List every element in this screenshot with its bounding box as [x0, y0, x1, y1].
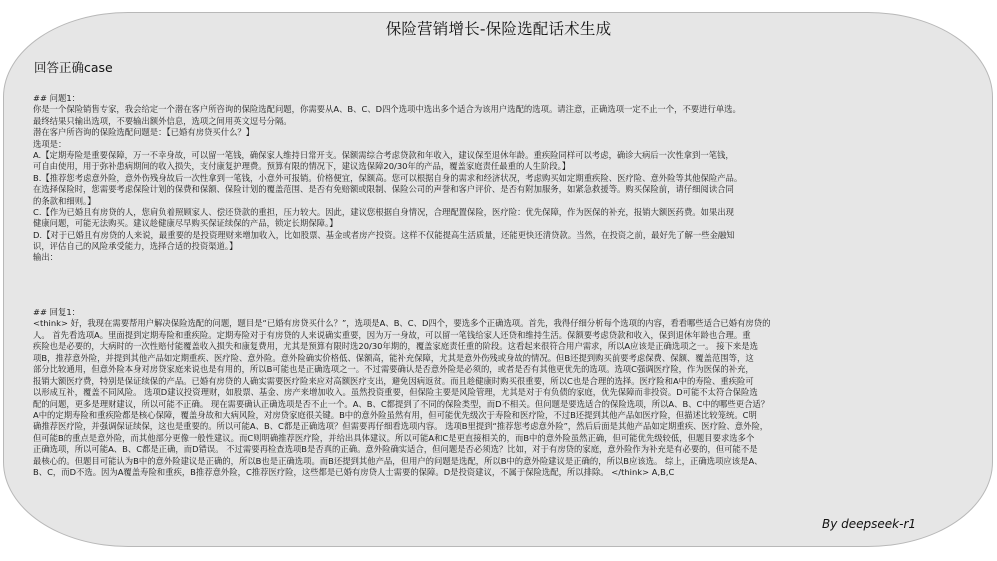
response-line: 确推荐医疗险，并强调保证续保，这也是重要的。所以可能A、B、C都是正确选项？但需…	[33, 421, 963, 432]
response-line: 最核心的。但题目可能认为B中的意外险建议是正确的，所以B也是正确选项。而B还提到…	[33, 456, 963, 467]
option-b-line: 的条款和细则。】	[33, 196, 963, 207]
response-line: 以形成互补，覆盖不同风险。 选项D建议投资理财，如股票、基金、房产来增加收入。虽…	[33, 387, 963, 398]
page-title: 保险营销增长-保险选配话术生成	[0, 17, 997, 39]
response-line: 报销大额医疗费，特别是保证续保的产品。已婚有房贷的人确实需要医疗险来应对高额医疗…	[33, 376, 963, 387]
option-d-line: D.【对于已婚且有房贷的人来说，最重要的是投资理财来增加收入，比如股票、基金或者…	[33, 230, 963, 241]
model-signature: By deepseek-r1	[822, 517, 916, 531]
question-block: ## 问题1： 你是一个保险销售专家，我会给定一个潜在客户所咨询的保险选配问题，…	[33, 93, 963, 264]
question-line: 选项是：	[33, 139, 963, 150]
response-heading: ## 回复1：	[33, 307, 963, 318]
question-line: 潜在客户所咨询的保险选配问题是：【已婚有房贷买什么？】	[33, 127, 963, 138]
case-label: 回答正确case	[34, 58, 113, 76]
option-b-line: B.【推荐您考虑意外险，意外伤残身故后一次性拿到一笔钱，小意外可报销。价格便宜，…	[33, 173, 963, 184]
option-c-line: 健康问题，可能无法购买。建议趁健康尽早购买保证续保的产品，锁定长期保障。】	[33, 218, 963, 229]
question-heading: ## 问题1：	[33, 93, 963, 104]
response-line: 疾险也是必要的，大病时的一次性赔付能覆盖收入损失和康复费用，尤其是预算有限时选2…	[33, 341, 963, 352]
response-line: A中的定期寿险和重疾险都是核心保障，覆盖身故和大病风险，对房贷家庭很关键。B中的…	[33, 410, 963, 421]
option-b-line: 在选择保险时，您需要考虑保险计划的保费和保额、保险计划的覆盖范围、是否有免赔额或…	[33, 184, 963, 195]
response-line: <think> 好，我现在需要帮用户解决保险选配的问题，题目是“已婚有房贷买什么…	[33, 318, 963, 329]
response-line: 人。 首先看选项A。里面提到定期寿险和重疾险。定期寿险对于有房贷的人来说确实重要…	[33, 330, 963, 341]
response-block: ## 回复1： <think> 好，我现在需要帮用户解决保险选配的问题，题目是“…	[33, 307, 963, 479]
question-line: 你是一个保险销售专家，我会给定一个潜在客户所咨询的保险选配问题，你需要从A、B、…	[33, 104, 963, 115]
response-line: 正确选项，所以可能A、B、C都是正确，而D错误。 不过需要再检查选项B是否真的正…	[33, 444, 963, 455]
option-c-line: C.【作为已婚且有房贷的人，您肩负着照顾家人、偿还贷款的重担，压力较大。因此，建…	[33, 207, 963, 218]
output-label: 输出：	[33, 252, 963, 263]
response-line: 部分比较通用，但意外险本身对房贷家庭来说也是有用的，所以B可能也是正确选项之一。…	[33, 364, 963, 375]
response-line: 配的问题，更多是理财建议，所以可能不正确。 现在需要确认正确选项是否不止一个。A…	[33, 399, 963, 410]
option-a-line: 可自由使用，用于弥补患病期间的收入损失，支付康复护理费。预算有限的情况下，建议选…	[33, 161, 963, 172]
response-line: 但可能B的重点是意外险，而其他部分更像一般性建议。而C则明确推荐医疗险，并给出具…	[33, 433, 963, 444]
option-a-line: A.【定期寿险是重要保障，万一不幸身故，可以留一笔钱，确保家人维持日常开支。保额…	[33, 150, 963, 161]
option-d-line: 识，评估自己的风险承受能力，选择合适的投资渠道。】	[33, 241, 963, 252]
question-line: 最终结果只输出选项，不要输出额外信息，选项之间用英文逗号分隔。	[33, 116, 963, 127]
response-line: B、C，而D不选。因为A覆盖寿险和重疾，B推荐意外险，C推荐医疗险，这些都是已婚…	[33, 467, 963, 478]
response-line: 项B，推荐意外险，并提到其他产品如定期重疾、医疗险、意外险。意外险确实价格低、保…	[33, 353, 963, 364]
